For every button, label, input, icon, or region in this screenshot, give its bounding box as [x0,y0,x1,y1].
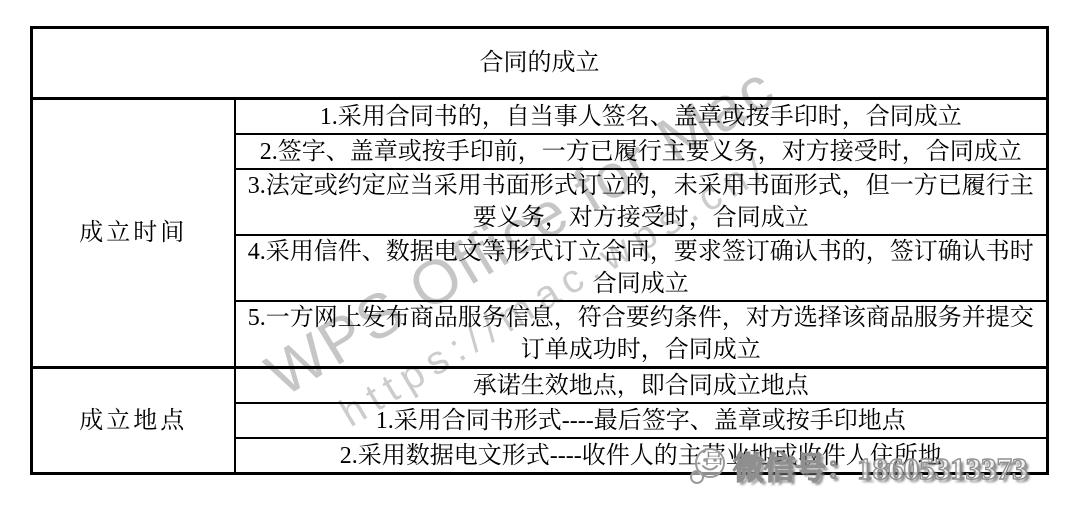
content-cell: 1.采用合同书的，自当事人签名、盖章或按手印时，合同成立 [235,99,1048,135]
table-header-row: 合同的成立 [32,28,1048,99]
contract-formation-table: 合同的成立成立时间1.采用合同书的，自当事人签名、盖章或按手印时，合同成立2.签… [30,26,1049,475]
table-row: 成立地点承诺生效地点，即合同成立地点 [32,368,1048,404]
content-cell: 2.采用数据电文形式----收件人的主营业地或收件人住所地 [235,438,1048,474]
content-cell: 1.采用合同书形式----最后签字、盖章或按手印地点 [235,403,1048,438]
section-label: 成立时间 [32,99,235,368]
table-body: 合同的成立成立时间1.采用合同书的，自当事人签名、盖章或按手印时，合同成立2.签… [32,28,1048,474]
content-cell: 承诺生效地点，即合同成立地点 [235,368,1048,404]
content-cell: 3.法定或约定应当采用书面形式订立的，未采用书面形式，但一方已履行主 要义务，对… [235,169,1048,235]
section-label: 成立地点 [32,368,235,474]
content-cell: 5.一方网上发布商品服务信息，符合要约条件，对方选择该商品服务并提交 订单成功时… [235,301,1048,368]
content-cell: 4.采用信件、数据电文等形式订立合同，要求签订确认书的，签订确认书时 合同成立 [235,235,1048,301]
document-page: WPS Office for Mac https://mac.wps.cn/ 合… [0,0,1080,509]
content-cell: 2.签字、盖章或按手印前，一方已履行主要义务，对方接受时，合同成立 [235,134,1048,169]
table-row: 成立时间1.采用合同书的，自当事人签名、盖章或按手印时，合同成立 [32,99,1048,135]
table-title: 合同的成立 [32,28,1048,99]
